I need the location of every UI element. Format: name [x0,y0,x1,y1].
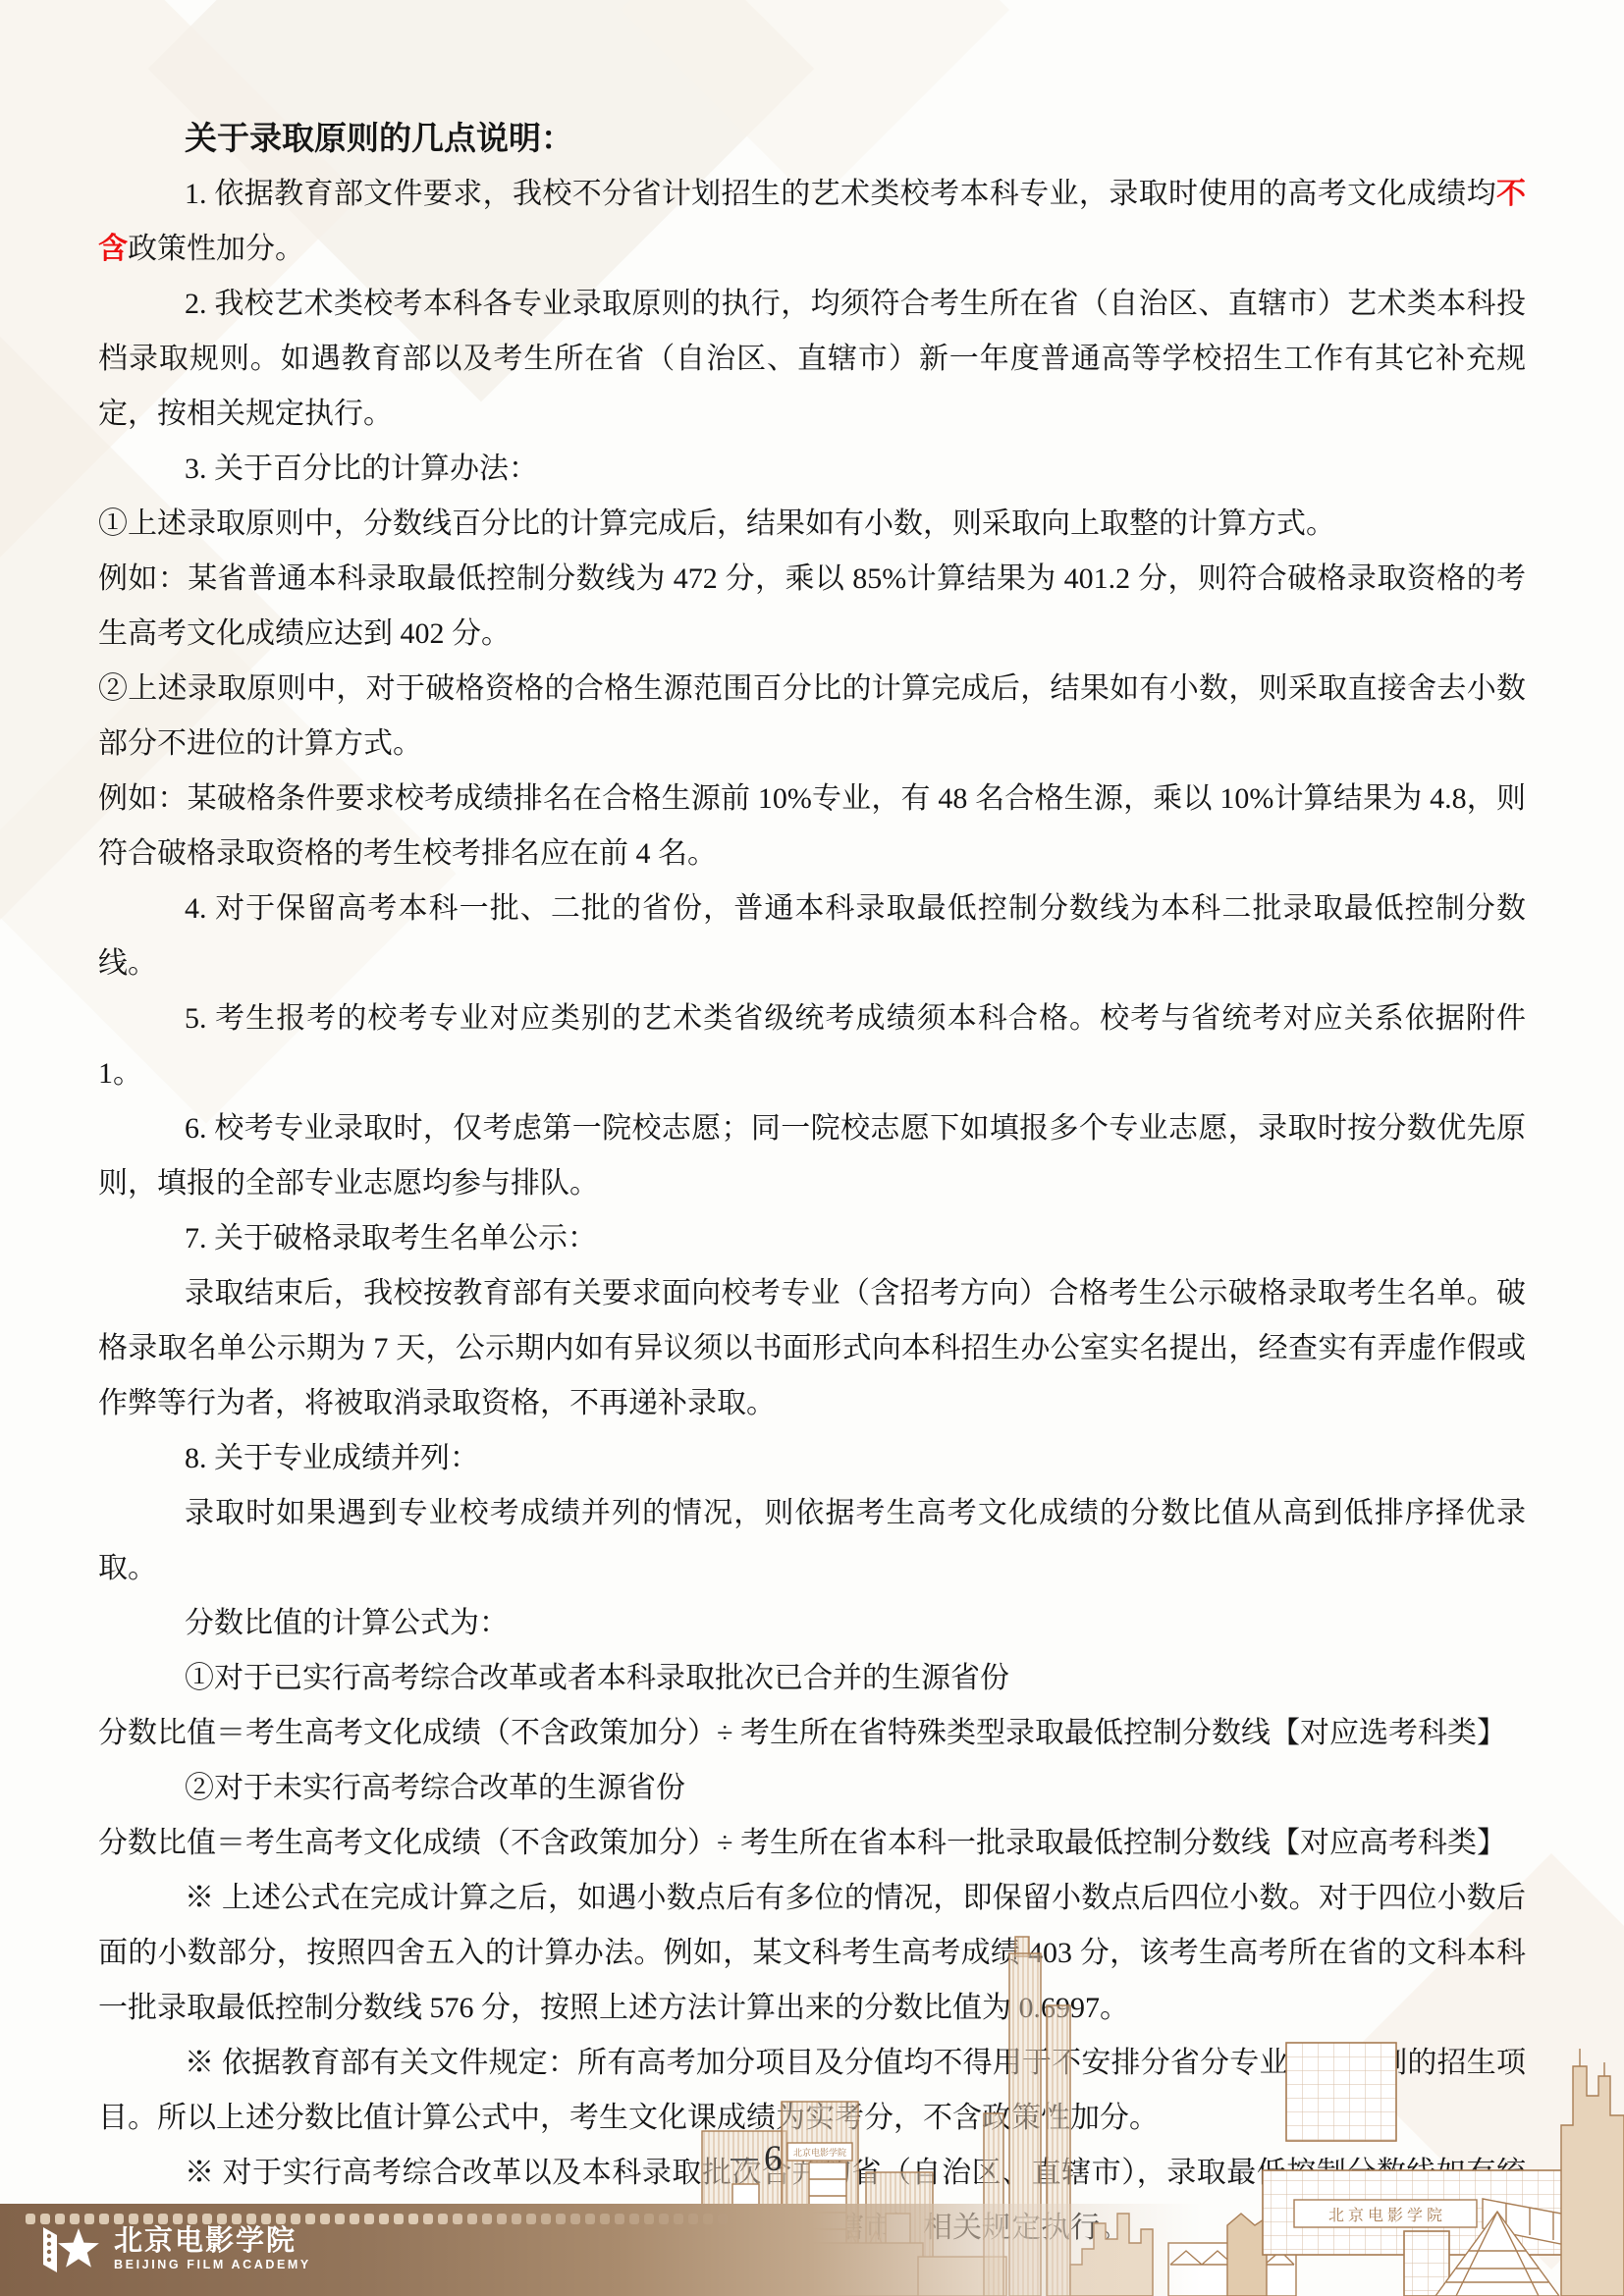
paragraph: 1. 依据教育部文件要求，我校不分省计划招生的艺术类校考本科专业，录取时使用的高… [98,167,1526,277]
bfa-logo-chinese: 北京电影学院 [114,2225,311,2257]
film-perforation [84,2214,94,2224]
film-perforation [173,2214,183,2224]
paragraph: ①对于已实行高考综合改革或者本科录取批次已合并的生源省份 [98,1651,1526,1706]
paragraph-text: 3. 关于百分比的计算办法： [185,453,538,485]
paragraph: ②上述录取原则中，对于破格资格的合格生源范围百分比的计算完成后，结果如有小数，则… [98,662,1526,772]
paragraph: 录取结束后，我校按教育部有关要求面向校考专业（含招考方向）合格考生公示破格录取考… [98,1266,1526,1431]
film-perforation [364,2214,374,2224]
film-perforation [394,2214,404,2224]
film-perforation [600,2214,610,2224]
footer-filmstrip: 北京电影学院 BEIJING FILM ACADEMY [0,2204,1624,2296]
film-perforation [202,2214,212,2224]
paragraph-text: 8. 关于专业成绩并列： [185,1442,479,1474]
paragraph: ①上述录取原则中，分数线百分比的计算完成后，结果如有小数，则采取向上取整的计算方… [98,497,1526,552]
paragraph: 例如：某省普通本科录取最低控制分数线为 472 分，乘以 85%计算结果为 40… [98,552,1526,662]
film-perforation [703,2214,713,2224]
film-perforation [99,2214,109,2224]
paragraph: 分数比值＝考生高考文化成绩（不含政策加分）÷ 考生所在省特殊类型录取最低控制分数… [98,1706,1526,1761]
star-icon [58,2228,99,2268]
film-perforation [246,2214,256,2224]
paragraph-text: 例如：某破格条件要求校考成绩排名在合格生源前 10%专业，有 48 名合格生源，… [98,782,1526,870]
paragraph: 4. 对于保留高考本科一批、二批的省份，普通本科录取最低控制分数线为本科二批录取… [98,881,1526,991]
bfa-logo-icon [37,2225,102,2274]
paragraph-text: 1. 依据教育部文件要求，我校不分省计划招生的艺术类校考本科专业，录取时使用的高… [185,178,1496,210]
film-perforation [674,2214,683,2224]
film-perforation [335,2214,345,2224]
film-perforation [114,2214,124,2224]
paragraph-text: 分数比值＝考生高考文化成绩（不含政策加分）÷ 考生所在省特殊类型录取最低控制分数… [98,1717,1506,1749]
film-perforation [659,2214,669,2224]
bfa-logo-text: 北京电影学院 BEIJING FILM ACADEMY [114,2225,311,2272]
page-number-value: 6 [764,2138,783,2180]
film-perforation [291,2214,300,2224]
film-perforation [453,2214,462,2224]
paragraph: 8. 关于专业成绩并列： [98,1431,1526,1486]
film-perforation [688,2214,698,2224]
film-perforation [644,2214,654,2224]
film-perforation [482,2214,492,2224]
page-number: 6 [731,2138,783,2180]
paragraph-text: 5. 考生报考的校考专业对应类别的艺术类省级统考成绩须本科合格。校考与省统考对应… [98,1002,1526,1090]
film-perforation [408,2214,418,2224]
paragraph: ②对于未实行高考综合改革的生源省份 [98,1761,1526,1816]
paragraph: 6. 校考专业录取时，仅考虑第一院校志愿；同一院校志愿下如填报多个专业志愿，录取… [98,1101,1526,1211]
paragraph-text: 录取结束后，我校按教育部有关要求面向校考专业（含招考方向）合格考生公示破格录取考… [98,1277,1526,1419]
paragraph-text: ②对于未实行高考综合改革的生源省份 [185,1772,685,1804]
paragraph-text: ②上述录取原则中，对于破格资格的合格生源范围百分比的计算完成后，结果如有小数，则… [98,672,1526,760]
film-perforation [556,2214,566,2224]
film-perforation [129,2214,138,2224]
paragraph: 7. 关于破格录取考生名单公示： [98,1211,1526,1266]
paragraph-text: 2. 我校艺术类校考本科各专业录取原则的执行，均须符合考生所在省（自治区、直辖市… [98,288,1526,430]
page-number-dash [731,2159,758,2161]
film-perforation [261,2214,271,2224]
filmstrip-perforations [26,2214,786,2224]
film-perforation [217,2214,227,2224]
film-perforation [70,2214,80,2224]
tower-sign: 北京电影学院 [793,2147,846,2158]
paragraph: 3. 关于百分比的计算办法： [98,442,1526,497]
film-perforation [143,2214,153,2224]
film-perforation [26,2214,35,2224]
paragraph-text: ①对于已实行高考综合改革或者本科录取批次已合并的生源省份 [185,1662,1009,1694]
paragraph-text: 录取时如果遇到专业校考成绩并列的情况，则依据考生高考文化成绩的分数比值从高到低排… [98,1497,1526,1584]
film-perforation [188,2214,197,2224]
film-perforation [438,2214,448,2224]
page-title: 关于录取原则的几点说明： [98,110,1526,167]
paragraph-text: 分数比值＝考生高考文化成绩（不含政策加分）÷ 考生所在省本科一批录取最低控制分数… [98,1827,1506,1859]
film-perforation [379,2214,389,2224]
film-perforation [718,2214,728,2224]
paragraph-text: 分数比值的计算公式为： [185,1607,509,1639]
film-perforation [158,2214,168,2224]
film-perforation [232,2214,242,2224]
bfa-logo-english: BEIJING FILM ACADEMY [114,2257,311,2272]
film-perforation [512,2214,521,2224]
paragraph: 2. 我校艺术类校考本科各专业录取原则的执行，均须符合考生所在省（自治区、直辖市… [98,277,1526,442]
film-perforation [570,2214,580,2224]
paragraph: 例如：某破格条件要求校考成绩排名在合格生源前 10%专业，有 48 名合格生源，… [98,772,1526,881]
film-perforation [615,2214,624,2224]
paragraph: 分数比值＝考生高考文化成绩（不含政策加分）÷ 考生所在省本科一批录取最低控制分数… [98,1816,1526,1871]
film-perforation [423,2214,433,2224]
paragraph: 5. 考生报考的校考专业对应类别的艺术类省级统考成绩须本科合格。校考与省统考对应… [98,991,1526,1101]
paragraph-text: 6. 校考专业录取时，仅考虑第一院校志愿；同一院校志愿下如填报多个专业志愿，录取… [98,1112,1526,1200]
bfa-logo: 北京电影学院 BEIJING FILM ACADEMY [37,2225,311,2274]
film-perforation [585,2214,595,2224]
film-perforation [350,2214,359,2224]
paragraph-text: ①上述录取原则中，分数线百分比的计算完成后，结果如有小数，则采取向上取整的计算方… [98,507,1335,540]
paragraph-text: 例如：某省普通本科录取最低控制分数线为 472 分，乘以 85%计算结果为 40… [98,562,1526,650]
film-perforation [541,2214,551,2224]
film-perforation [526,2214,536,2224]
film-perforation [629,2214,639,2224]
film-perforation [276,2214,286,2224]
paragraph: 分数比值的计算公式为： [98,1596,1526,1651]
film-perforation [497,2214,507,2224]
film-perforation [320,2214,330,2224]
paragraph: 录取时如果遇到专业校考成绩并列的情况，则依据考生高考文化成绩的分数比值从高到低排… [98,1486,1526,1596]
paragraph-text: 7. 关于破格录取考生名单公示： [185,1222,597,1255]
document-page: 关于录取原则的几点说明： 1. 依据教育部文件要求，我校不分省计划招生的艺术类校… [0,0,1624,2296]
film-perforation [467,2214,477,2224]
film-perforation [55,2214,65,2224]
paragraph-text: 政策性加分。 [128,233,304,265]
film-perforation [40,2214,50,2224]
film-perforation [305,2214,315,2224]
paragraph-text: 4. 对于保留高考本科一批、二批的省份，普通本科录取最低控制分数线为本科二批录取… [98,892,1526,980]
